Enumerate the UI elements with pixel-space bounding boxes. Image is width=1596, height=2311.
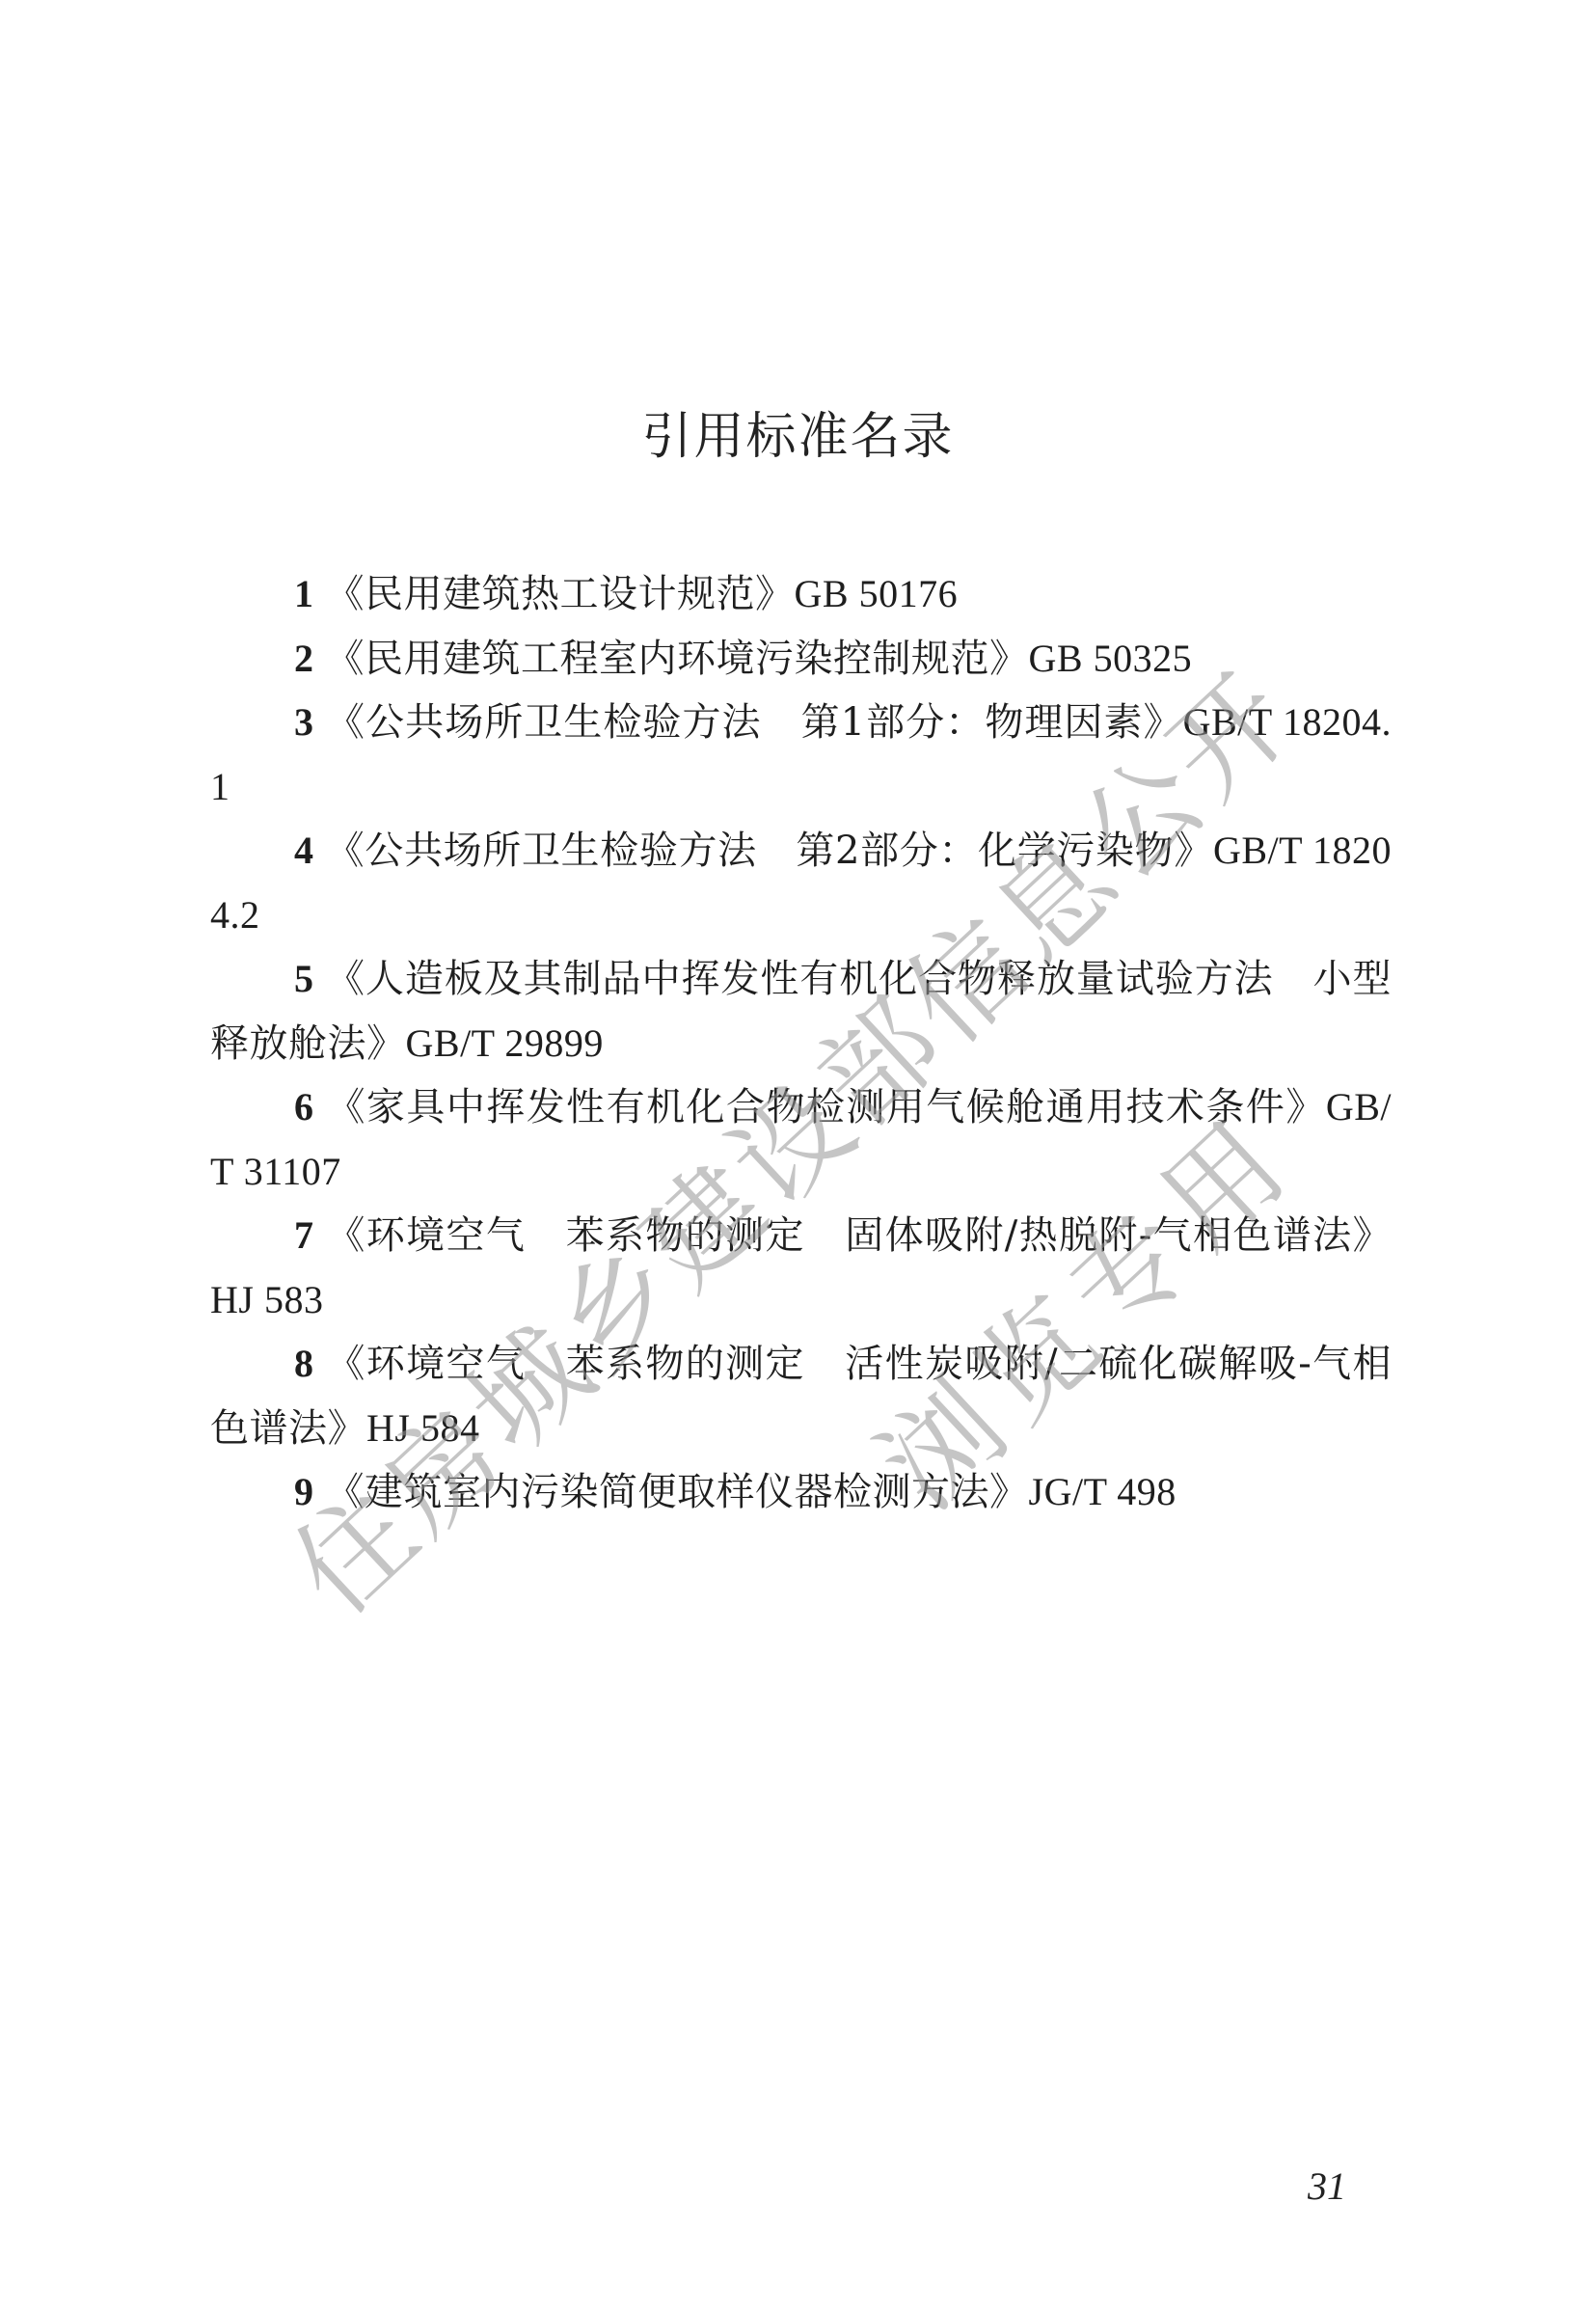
reference-title: 《人造板及其制品中挥发性有机化合物释放量试验方法 小型释放舱法》 bbox=[210, 957, 1392, 1066]
reference-code: GB 50176 bbox=[795, 572, 959, 615]
reference-number: 6 bbox=[294, 1085, 314, 1128]
reference-item-1: 1《民用建筑热工设计规范》GB 50176 bbox=[210, 562, 1392, 627]
reference-number: 5 bbox=[294, 957, 314, 1000]
reference-number: 7 bbox=[294, 1213, 314, 1257]
reference-number: 3 bbox=[294, 700, 314, 744]
reference-code: HJ 583 bbox=[210, 1278, 323, 1321]
reference-title: 《民用建筑工程室内环境污染控制规范》 bbox=[326, 637, 1029, 681]
reference-title: 《公共场所卫生检验方法 第2部分：化学污染物》 bbox=[326, 829, 1213, 873]
reference-number: 8 bbox=[294, 1342, 314, 1385]
page-number: 31 bbox=[1308, 2163, 1346, 2209]
reference-code: GB/T 29899 bbox=[406, 1021, 604, 1065]
reference-number: 2 bbox=[294, 637, 314, 680]
reference-code: JG/T 498 bbox=[1029, 1470, 1177, 1513]
reference-code: HJ 584 bbox=[366, 1406, 479, 1450]
reference-list: 1《民用建筑热工设计规范》GB 50176 2《民用建筑工程室内环境污染控制规范… bbox=[210, 562, 1392, 1525]
reference-item-8: 8《环境空气 苯系物的测定 活性炭吸附/二硫化碳解吸-气相色谱法》HJ 584 bbox=[210, 1332, 1392, 1460]
reference-item-7: 7《环境空气 苯系物的测定 固体吸附/热脱附-气相色谱法》HJ 583 bbox=[210, 1204, 1392, 1332]
reference-item-3: 3《公共场所卫生检验方法 第1部分：物理因素》GB/T 18204.1 bbox=[210, 691, 1392, 819]
reference-item-9: 9《建筑室内污染简便取样仪器检测方法》JG/T 498 bbox=[210, 1460, 1392, 1525]
reference-title: 《公共场所卫生检验方法 第1部分：物理因素》 bbox=[326, 700, 1183, 745]
reference-title: 《建筑室内污染简便取样仪器检测方法》 bbox=[326, 1470, 1029, 1514]
reference-number: 9 bbox=[294, 1470, 314, 1513]
reference-item-5: 5《人造板及其制品中挥发性有机化合物释放量试验方法 小型释放舱法》GB/T 29… bbox=[210, 947, 1392, 1075]
reference-item-2: 2《民用建筑工程室内环境污染控制规范》GB 50325 bbox=[210, 627, 1392, 692]
reference-title: 《民用建筑热工设计规范》 bbox=[326, 572, 795, 616]
reference-item-6: 6《家具中挥发性有机化合物检测用气候舱通用技术条件》GB/T 31107 bbox=[210, 1075, 1392, 1204]
reference-number: 4 bbox=[294, 829, 314, 872]
reference-number: 1 bbox=[294, 572, 314, 615]
reference-item-4: 4《公共场所卫生检验方法 第2部分：化学污染物》GB/T 18204.2 bbox=[210, 819, 1392, 947]
reference-title: 《家具中挥发性有机化合物检测用气候舱通用技术条件》 bbox=[326, 1085, 1326, 1129]
page-title: 引用标准名录 bbox=[0, 395, 1596, 468]
reference-title: 《环境空气 苯系物的测定 固体吸附/热脱附-气相色谱法》 bbox=[326, 1213, 1393, 1258]
reference-code: GB 50325 bbox=[1029, 637, 1193, 680]
